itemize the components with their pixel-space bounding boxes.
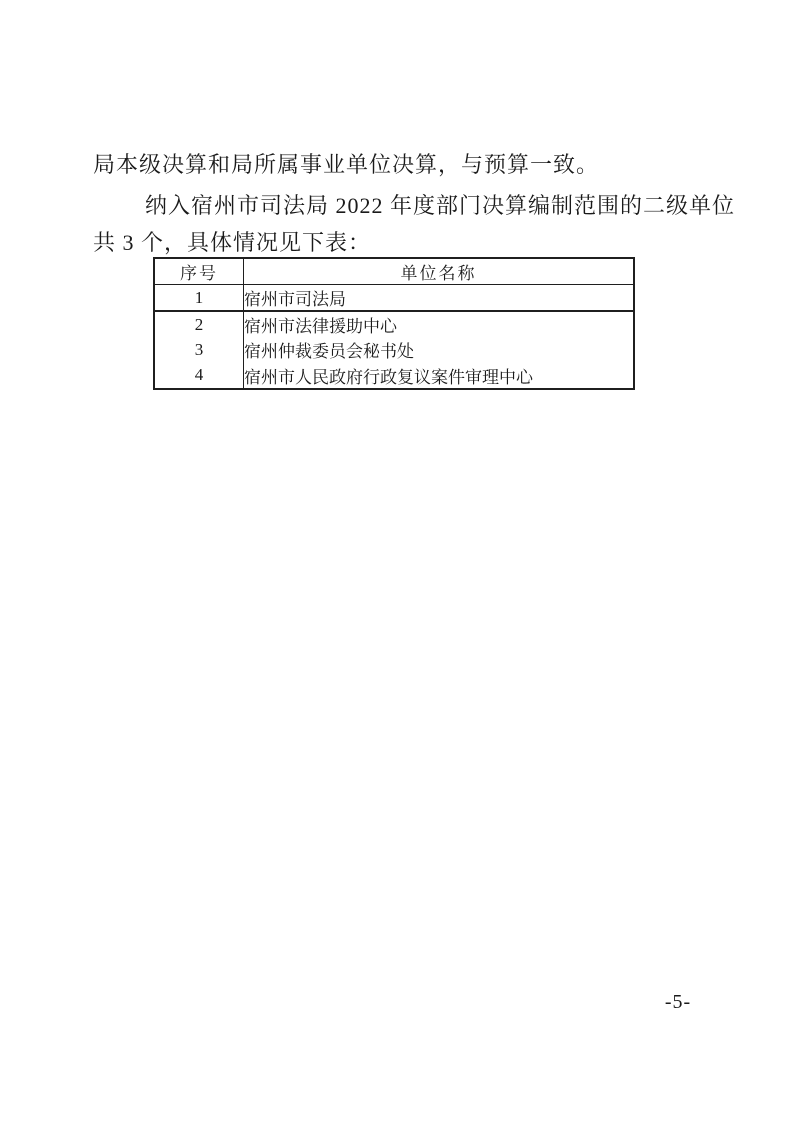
units-table: 序号 单位名称 1 宿州市司法局 2 宿州市法律援助中心 3 宿州仲裁委员会秘书… (153, 257, 635, 390)
table-row: 4 宿州市人民政府行政复议案件审理中心 (154, 362, 634, 389)
document-page: 局本级决算和局所属事业单位决算，与预算一致。 纳入宿州市司法局 2022 年度部… (0, 0, 793, 1122)
table-row: 3 宿州仲裁委员会秘书处 (154, 337, 634, 362)
cell-unit-name: 宿州仲裁委员会秘书处 (244, 337, 635, 362)
cell-unit-name: 宿州市法律援助中心 (244, 311, 635, 337)
body-line-2: 纳入宿州市司法局 2022 年度部门决算编制范围的二级单位 (145, 189, 735, 220)
cell-index: 3 (154, 337, 244, 362)
body-line-1: 局本级决算和局所属事业单位决算，与预算一致。 (93, 148, 599, 179)
col-header-unit-name: 单位名称 (244, 258, 635, 285)
table-row: 1 宿州市司法局 (154, 285, 634, 312)
col-header-index: 序号 (154, 258, 244, 285)
cell-index: 2 (154, 311, 244, 337)
cell-index: 1 (154, 285, 244, 312)
cell-unit-name: 宿州市司法局 (244, 285, 635, 312)
page-number: -5- (650, 991, 706, 1014)
cell-unit-name: 宿州市人民政府行政复议案件审理中心 (244, 362, 635, 389)
body-line-3: 共 3 个，具体情况见下表： (93, 226, 371, 257)
table-row: 2 宿州市法律援助中心 (154, 311, 634, 337)
table-header-row: 序号 单位名称 (154, 258, 634, 285)
cell-index: 4 (154, 362, 244, 389)
